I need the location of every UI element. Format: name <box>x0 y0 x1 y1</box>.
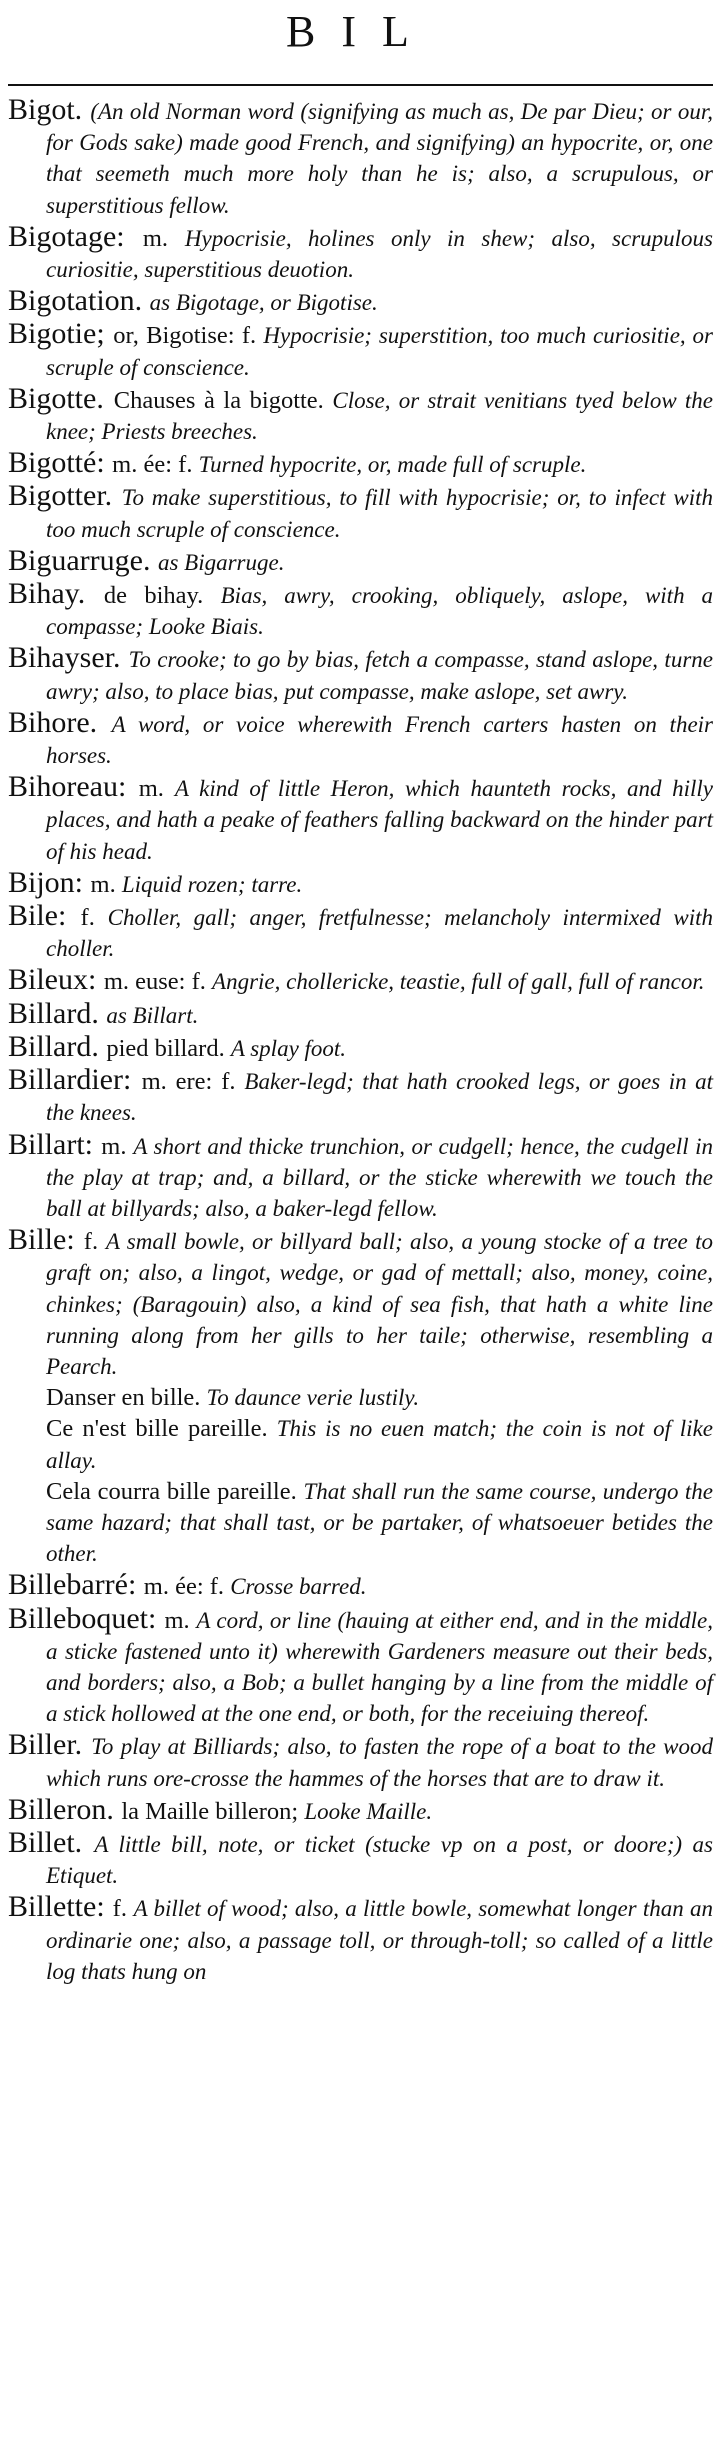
sub-entry: Danser en bille. To daunce verie lustily… <box>8 1382 713 1413</box>
headword: Bigotté: <box>8 446 112 479</box>
grammar-note: Danser en bille. <box>46 1384 207 1411</box>
dictionary-entry: Bigot. (An old Norman word (signifying a… <box>8 94 713 221</box>
grammar-note: m. <box>164 1607 196 1634</box>
dictionary-entry: Bigotation. as Bigotage, or Bigotise. <box>8 285 713 318</box>
grammar-note: or, Bigotise: f. <box>113 322 263 349</box>
dictionary-entry: Bile: f. Choller, gall; anger, fretfulne… <box>8 900 713 964</box>
dictionary-entry: Billard. pied billard. A splay foot. <box>8 1031 713 1064</box>
grammar-note: m. euse: f. <box>104 968 212 995</box>
definition: Looke Maille. <box>304 1799 432 1824</box>
dictionary-entry: Biller. To play at Billiards; also, to f… <box>8 1729 713 1793</box>
grammar-note: de bihay. <box>104 582 221 609</box>
definition: A little bill, note, or ticket (stucke v… <box>46 1832 713 1888</box>
headword: Bigotte. <box>8 382 114 415</box>
definition: To daunce verie lustily. <box>207 1385 420 1410</box>
headword: Billeron. <box>8 1793 121 1826</box>
grammar-note: m. <box>101 1133 133 1160</box>
grammar-note: la Maille billeron; <box>121 1798 304 1825</box>
headword: Bihay. <box>8 577 104 610</box>
headword: Billette: <box>8 1890 113 1923</box>
grammar-note: m. <box>91 871 122 898</box>
sub-entry: Cela courra bille pareille. That shall r… <box>8 1476 713 1570</box>
dictionary-entry: Billard. as Billart. <box>8 998 713 1031</box>
sub-entry: Ce n'est bille pareille. This is no euen… <box>8 1413 713 1475</box>
definition: A small bowle, or billyard ball; also, a… <box>46 1229 713 1379</box>
dictionary-entry: Bille: f. A small bowle, or billyard bal… <box>8 1224 713 1382</box>
headword: Billebarré: <box>8 1568 144 1601</box>
headword: Billeboquet: <box>8 1602 164 1635</box>
dictionary-entry: Bihore. A word, or voice wherewith Frenc… <box>8 707 713 771</box>
dictionary-entry: Bileux: m. euse: f. Angrie, chollericke,… <box>8 964 713 997</box>
definition: Turned hypocrite, or, made full of scrup… <box>199 452 587 477</box>
definition: Angrie, chollericke, teastie, full of ga… <box>212 969 705 994</box>
headword: Billard. <box>8 1030 106 1063</box>
dictionary-entry: Billardier: m. ere: f. Baker-legd; that … <box>8 1064 713 1128</box>
grammar-note: m. ere: f. <box>142 1068 245 1095</box>
headword: Biller. <box>8 1728 91 1761</box>
grammar-note: Chauses à la bigotte. <box>114 387 333 414</box>
headword: Bigotage: <box>8 220 143 253</box>
grammar-note: m. ée: f. <box>144 1573 230 1600</box>
headword: Biguarruge. <box>8 544 158 577</box>
dictionary-entry: Billart: m. A short and thicke trunchion… <box>8 1129 713 1225</box>
definition: A word, or voice wherewith French carter… <box>46 712 713 768</box>
grammar-note: f. <box>113 1895 134 1922</box>
headword: Billard. <box>8 997 106 1030</box>
definition: Crosse barred. <box>230 1574 366 1599</box>
dictionary-entry: Billeboquet: m. A cord, or line (hauing … <box>8 1603 713 1730</box>
dictionary-page: BIL Bigot. (An old Norman word (signifyi… <box>0 0 719 2455</box>
grammar-note: pied billard. <box>106 1035 231 1062</box>
grammar-note: m. ée: f. <box>112 451 198 478</box>
headword: Bile: <box>8 899 81 932</box>
definition: (An old Norman word (signifying as much … <box>46 99 713 218</box>
grammar-note: m. <box>139 775 175 802</box>
dictionary-entry: Billeron. la Maille billeron; Looke Mail… <box>8 1794 713 1827</box>
headword: Billart: <box>8 1128 101 1161</box>
dictionary-entry: Bihay. de bihay. Bias, awry, crooking, o… <box>8 578 713 642</box>
definition: A billet of wood; also, a little bowle, … <box>46 1896 713 1983</box>
headword: Bigotter. <box>8 479 122 512</box>
definition: To crooke; to go by bias, fetch a compas… <box>46 647 713 703</box>
dictionary-entry: Bigotte. Chauses à la bigotte. Close, or… <box>8 383 713 447</box>
headword: Bille: <box>8 1223 84 1256</box>
definition: To play at Billiards; also, to fasten th… <box>46 1734 713 1790</box>
headword: Bigotation. <box>8 284 150 317</box>
headword: Bihayser. <box>8 641 129 674</box>
definition: A splay foot. <box>231 1036 346 1061</box>
dictionary-entry: Bigotie; or, Bigotise: f. Hypocrisie; su… <box>8 318 713 382</box>
dictionary-entry: Billet. A little bill, note, or ticket (… <box>8 1827 713 1891</box>
definition: A short and thicke trunchion, or cudgell… <box>46 1134 713 1221</box>
headword: Bigotie; <box>8 317 113 350</box>
grammar-note: f. <box>81 904 108 931</box>
dictionary-entry: Bigotage: m. Hypocrisie, holines only in… <box>8 221 713 285</box>
headword: Bigot. <box>8 93 90 126</box>
grammar-note: f. <box>84 1228 106 1255</box>
definition: Liquid rozen; tarre. <box>122 872 302 897</box>
definition: as Bigarruge. <box>158 550 285 575</box>
headword: Bihore. <box>8 706 112 739</box>
definition: To make superstitious, to fill with hypo… <box>46 485 713 541</box>
headword: Billardier: <box>8 1063 142 1096</box>
dictionary-entry: Bihoreau: m. A kind of little Heron, whi… <box>8 771 713 867</box>
grammar-note: Ce n'est bille pareille. <box>46 1415 277 1442</box>
dictionary-entry: Bigotter. To make superstitious, to fill… <box>8 480 713 544</box>
dictionary-entry: Bihayser. To crooke; to go by bias, fetc… <box>8 642 713 706</box>
grammar-note: Cela courra bille pareille. <box>46 1478 303 1505</box>
headword: Bihoreau: <box>8 770 139 803</box>
definition: as Billart. <box>106 1003 198 1028</box>
dictionary-entry: Bijon: m. Liquid rozen; tarre. <box>8 867 713 900</box>
headword: Bileux: <box>8 963 104 996</box>
dictionary-entry: Billebarré: m. ée: f. Crosse barred. <box>8 1569 713 1602</box>
headword: Billet. <box>8 1826 94 1859</box>
definition: as Bigotage, or Bigotise. <box>150 290 378 315</box>
dictionary-entry: Biguarruge. as Bigarruge. <box>8 545 713 578</box>
page-header: BIL <box>8 0 713 66</box>
header-rule <box>8 84 713 86</box>
grammar-note: m. <box>143 225 185 252</box>
dictionary-entry: Billette: f. A billet of wood; also, a l… <box>8 1891 713 1987</box>
headword: Bijon: <box>8 866 91 899</box>
dictionary-entry: Bigotté: m. ée: f. Turned hypocrite, or,… <box>8 447 713 480</box>
entry-list: Bigot. (An old Norman word (signifying a… <box>8 94 713 1987</box>
definition: Choller, gall; anger, fretfulnesse; mela… <box>46 905 713 961</box>
